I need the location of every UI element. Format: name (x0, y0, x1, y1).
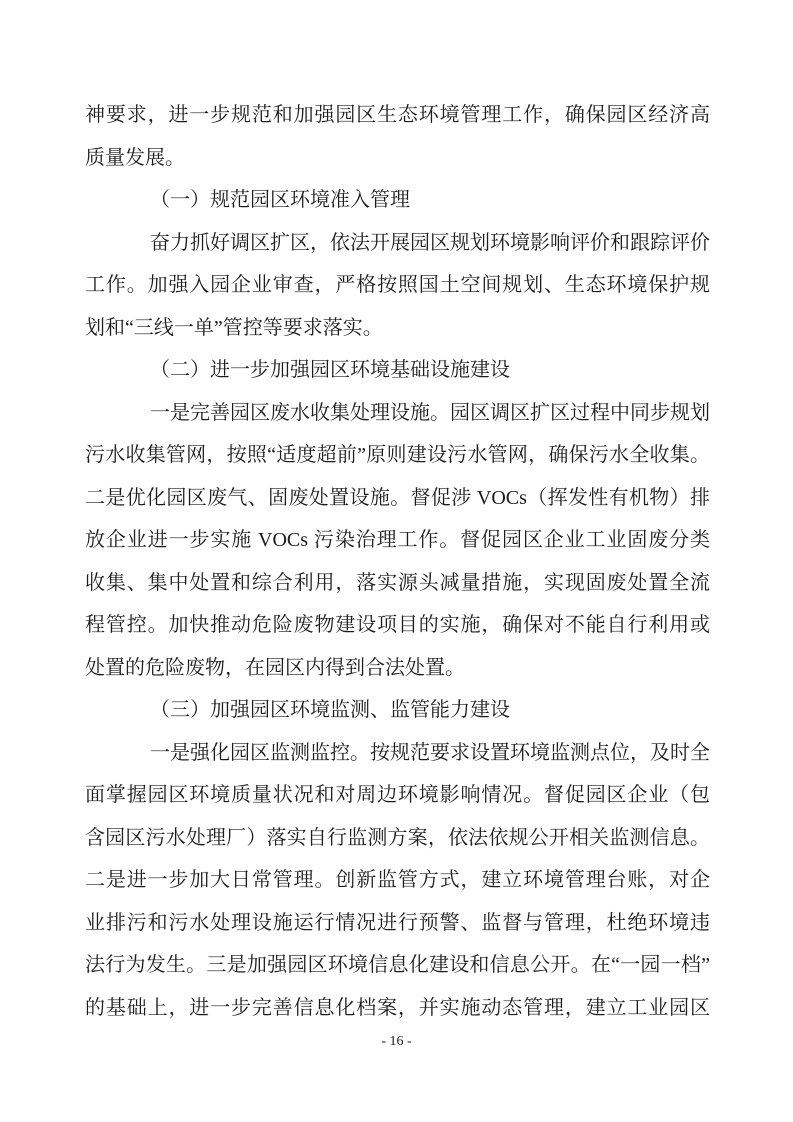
paragraph-line: 收集、集中处置和综合利用，落实源头减量措施，实现固废处置全流 (85, 562, 710, 605)
heading-line: （二）进一步加强园区环境基础设施建设 (85, 349, 710, 392)
paragraph-line: 划和“三线一单”管控等要求落实。 (85, 307, 710, 350)
paragraph-line: 二是进一步加大日常管理。创新监管方式，建立环境管理台账，对企 (85, 859, 710, 902)
paragraph-line: 二是优化园区废气、固废处置设施。督促涉 VOCs（挥发性有机物）排 (85, 477, 710, 520)
paragraph-line: 处置的危险废物，在园区内得到合法处置。 (85, 647, 710, 690)
paragraph-line: 奋力抓好调区扩区，依法开展园区规划环境影响评价和跟踪评价 (85, 222, 710, 265)
paragraph-line: 的基础上，进一步完善信息化档案，并实施动态管理，建立工业园区 (85, 987, 710, 1030)
paragraph-line: 含园区污水处理厂）落实自行监测方案，依法依规公开相关监测信息。 (85, 817, 710, 860)
paragraph-line: 业排污和污水处理设施运行情况进行预警、监督与管理，杜绝环境违 (85, 902, 710, 945)
paragraph-line: 污水收集管网，按照“适度超前”原则建设污水管网，确保污水全收集。 (85, 434, 710, 477)
paragraph-line: 程管控。加快推动危险废物建设项目的实施，确保对不能自行利用或 (85, 604, 710, 647)
paragraph-line: 放企业进一步实施 VOCs 污染治理工作。督促园区企业工业固废分类 (85, 519, 710, 562)
paragraph-line: 质量发展。 (85, 137, 710, 180)
paragraph-line: 一是完善园区废水收集处理设施。园区调区扩区过程中同步规划 (85, 392, 710, 435)
page-footer: - 16 - (0, 1032, 793, 1052)
page-number: - 16 - (381, 1034, 411, 1049)
paragraph-line: 工作。加强入园企业审查，严格按照国土空间规划、生态环境保护规 (85, 264, 710, 307)
paragraph-line: 神要求，进一步规范和加强园区生态环境管理工作，确保园区经济高 (85, 94, 710, 137)
document-page: 神要求，进一步规范和加强园区生态环境管理工作，确保园区经济高质量发展。（一）规范… (0, 0, 793, 1122)
paragraph-line: 法行为发生。三是加强园区环境信息化建设和信息公开。在“一园一档” (85, 944, 710, 987)
heading-line: （三）加强园区环境监测、监管能力建设 (85, 689, 710, 732)
heading-line: （一）规范园区环境准入管理 (85, 179, 710, 222)
document-body: 神要求，进一步规范和加强园区生态环境管理工作，确保园区经济高质量发展。（一）规范… (85, 94, 710, 1029)
paragraph-line: 一是强化园区监测监控。按规范要求设置环境监测点位，及时全 (85, 732, 710, 775)
paragraph-line: 面掌握园区环境质量状况和对周边环境影响情况。督促园区企业（包 (85, 774, 710, 817)
